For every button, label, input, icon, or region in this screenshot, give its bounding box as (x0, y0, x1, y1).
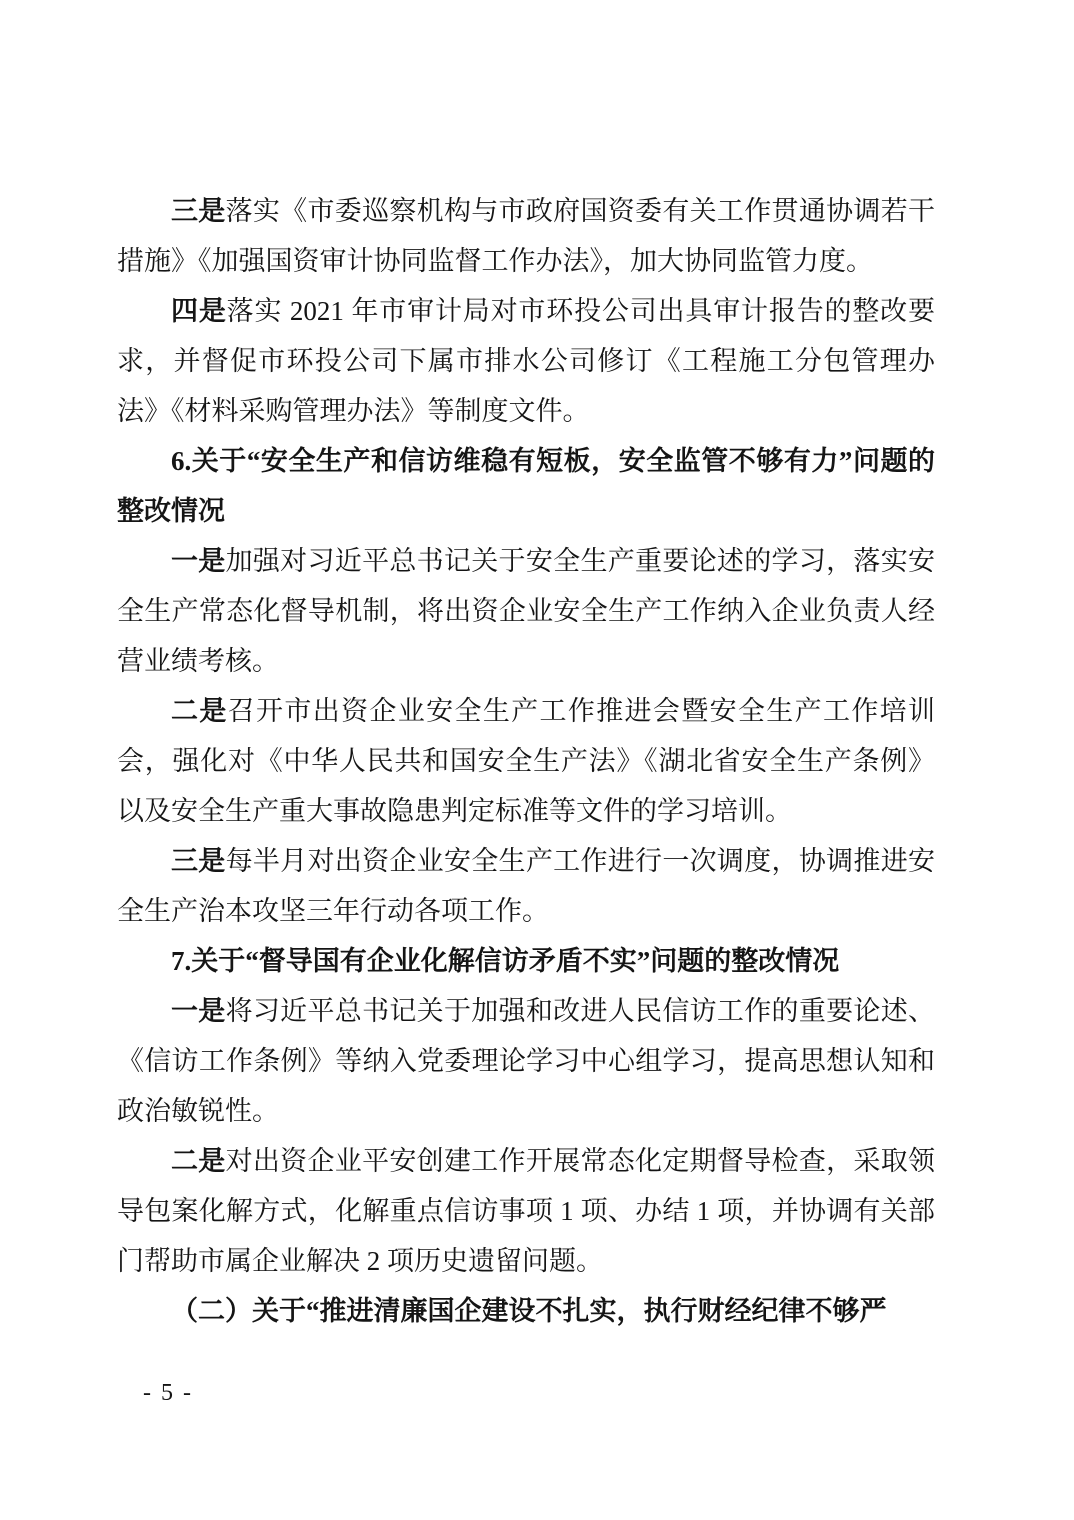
paragraph-lead: 二是 (171, 696, 228, 726)
paragraph: 一是将习近平总书记关于加强和改进人民信访工作的重要论述、《信访工作条例》等纳入党… (117, 986, 935, 1136)
paragraph-text: 将习近平总书记关于加强和改进人民信访工作的重要论述、《信访工作条例》等纳入党委理… (117, 996, 935, 1126)
paragraph-lead: 一是 (171, 996, 226, 1026)
paragraph: 二是对出资企业平安创建工作开展常态化定期督导检查，采取领导包案化解方式，化解重点… (117, 1136, 935, 1286)
paragraph-lead: 三是 (171, 846, 226, 876)
paragraph-text: 召开市出资企业安全生产工作推进会暨安全生产工作培训会，强化对《中华人民共和国安全… (117, 696, 935, 826)
section-heading-6: 6.关于“安全生产和信访维稳有短板，安全监管不够有力”问题的整改情况 (117, 436, 935, 536)
paragraph: 三是落实《市委巡察机构与市政府国资委有关工作贯通协调若干措施》《加强国资审计协同… (117, 186, 935, 286)
page-number: - 5 - (143, 1380, 193, 1407)
paragraph-text: 落实《市委巡察机构与市政府国资委有关工作贯通协调若干措施》《加强国资审计协同监督… (117, 196, 935, 276)
section-heading-7: 7.关于“督导国有企业化解信访矛盾不实”问题的整改情况 (117, 936, 935, 986)
subsection-heading-2: （二）关于“推进清廉国企建设不扎实，执行财经纪律不够严 (117, 1286, 935, 1336)
section-heading-text: 7.关于“督导国有企业化解信访矛盾不实”问题的整改情况 (171, 946, 839, 976)
paragraph-text: 落实 2021 年市审计局对市环投公司出具审计报告的整改要求，并督促市环投公司下… (117, 296, 935, 426)
paragraph-lead: 三是 (171, 196, 226, 226)
paragraph-lead: 四是 (171, 296, 227, 326)
section-heading-text: 6.关于“安全生产和信访维稳有短板，安全监管不够有力”问题的整改情况 (117, 446, 935, 526)
paragraph-lead: 二是 (171, 1146, 226, 1176)
paragraph-text: 加强对习近平总书记关于安全生产重要论述的学习，落实安全生产常态化督导机制，将出资… (117, 546, 935, 676)
paragraph-text: 对出资企业平安创建工作开展常态化定期督导检查，采取领导包案化解方式，化解重点信访… (117, 1146, 935, 1276)
paragraph-text: 每半月对出资企业安全生产工作进行一次调度，协调推进安全生产治本攻坚三年行动各项工… (117, 846, 935, 926)
document-body: 三是落实《市委巡察机构与市政府国资委有关工作贯通协调若干措施》《加强国资审计协同… (117, 186, 935, 1336)
paragraph: 四是落实 2021 年市审计局对市环投公司出具审计报告的整改要求，并督促市环投公… (117, 286, 935, 436)
document-page: 三是落实《市委巡察机构与市政府国资委有关工作贯通协调若干措施》《加强国资审计协同… (0, 0, 1074, 1520)
paragraph: 一是加强对习近平总书记关于安全生产重要论述的学习，落实安全生产常态化督导机制，将… (117, 536, 935, 686)
subsection-heading-text: （二）关于“推进清廉国企建设不扎实，执行财经纪律不够严 (171, 1296, 887, 1326)
paragraph: 三是每半月对出资企业安全生产工作进行一次调度，协调推进安全生产治本攻坚三年行动各… (117, 836, 935, 936)
paragraph: 二是召开市出资企业安全生产工作推进会暨安全生产工作培训会，强化对《中华人民共和国… (117, 686, 935, 836)
paragraph-lead: 一是 (171, 546, 226, 576)
